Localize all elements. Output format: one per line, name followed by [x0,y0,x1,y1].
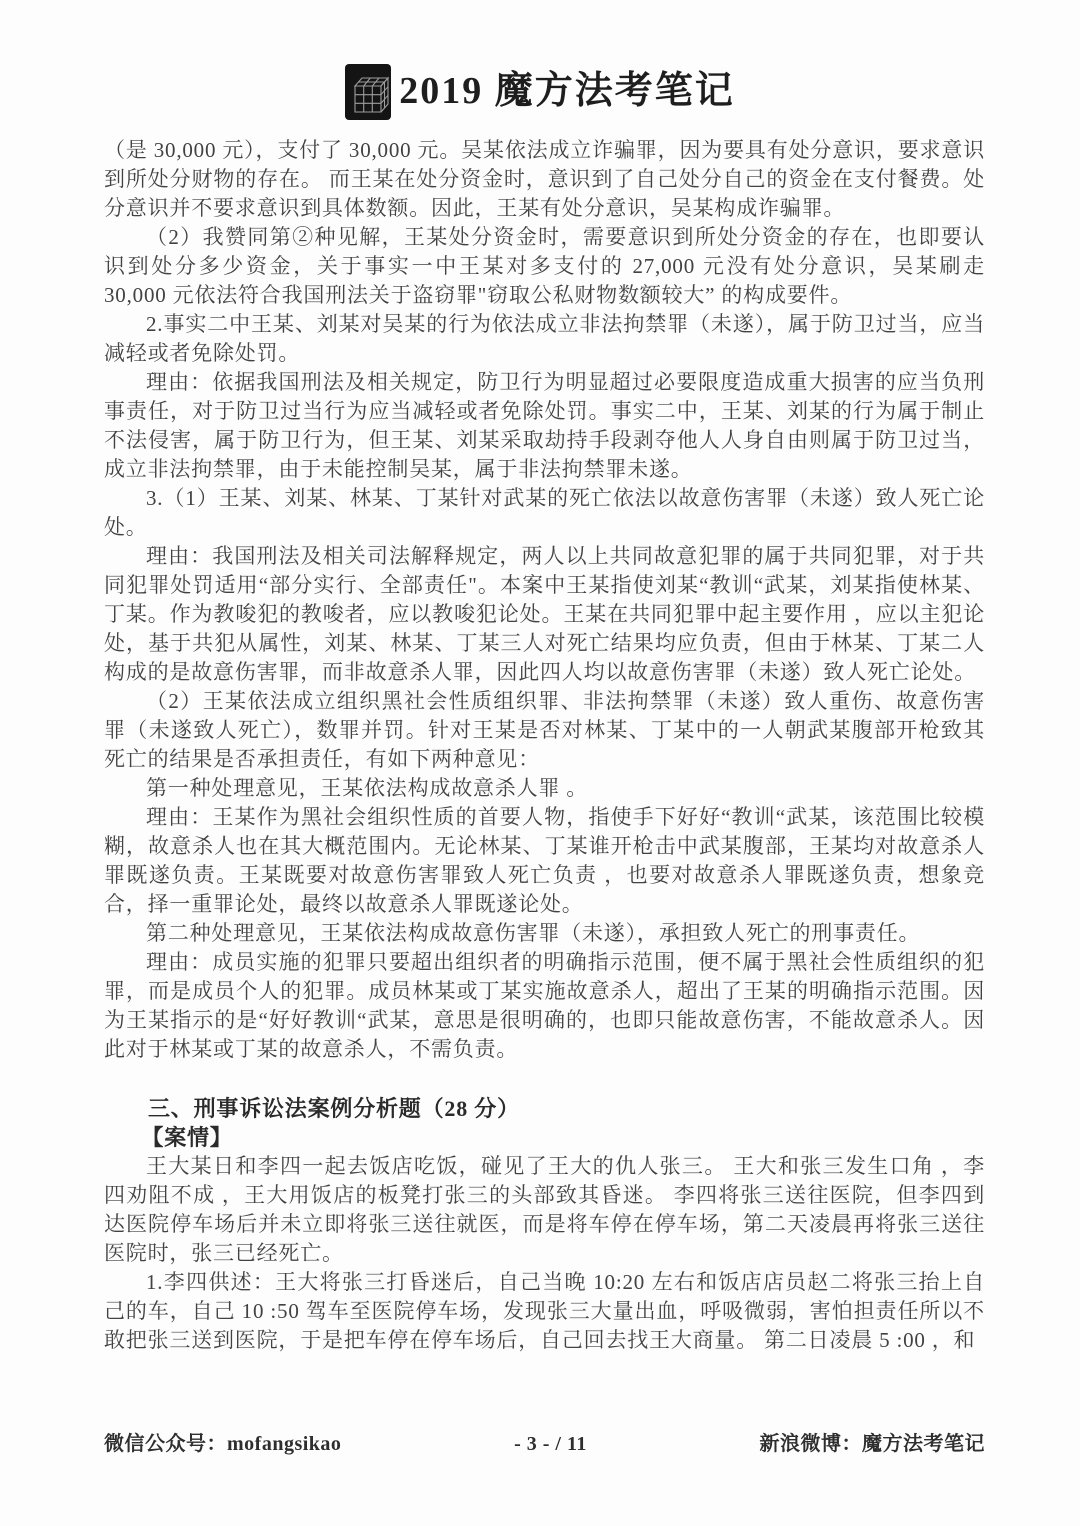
paragraph: 第二种处理意见，王某依法构成故意伤害罪（未遂），承担致人死亡的刑事责任。 [104,919,985,948]
footer-wechat-account: 微信公众号：mofangsikao [104,1427,341,1456]
paragraph: 王大某日和李四一起去饭店吃饭，碰见了王大的仇人张三。 王大和张三发生口角 ，李四… [104,1152,985,1268]
paragraph: 3.（1）王某、刘某、林某、丁某针对武某的死亡依法以故意伤害罪（未遂）致人死亡论… [104,484,985,542]
paragraph: （2）我赞同第②种见解，王某处分资金时，需要意识到所处分资金的存在，也即要认识到… [104,223,985,310]
paragraph: 理由：王某作为黑社会组织性质的首要人物，指使手下好好“教训“武某，该范围比较模糊… [104,803,985,919]
footer-weibo-account: 新浪微博：魔方法考笔记 [760,1427,986,1456]
page-footer: 微信公众号：mofangsikao - 3 - / 11 新浪微博：魔方法考笔记 [104,1427,985,1456]
section-heading: 三、刑事诉讼法案例分析题（28 分） [104,1094,985,1123]
document-header: 2019 魔方法考笔记 [0,0,1080,120]
document-body: （是 30,000 元），支付了 30,000 元。吴某依法成立诈骗罪，因为要具… [104,136,985,1355]
page-title: 2019 魔方法考笔记 [399,69,735,115]
case-facts-heading: 【案情】 [104,1123,985,1152]
paragraph: 理由：依据我国刑法及相关规定，防卫行为明显超过必要限度造成重大损害的应当负刑事责… [104,368,985,484]
paragraph: 1.李四供述：王大将张三打昏迷后，自己当晚 10:20 左右和饭店店员赵二将张三… [104,1268,985,1355]
footer-page-indicator: - 3 - / 11 [514,1433,587,1456]
paragraph: 理由：成员实施的犯罪只要超出组织者的明确指示范围，便不属于黑社会性质组织的犯罪，… [104,948,985,1064]
paragraph: （2）王某依法成立组织黑社会性质组织罪、非法拘禁罪（未遂）致人重伤、故意伤害罪（… [104,687,985,774]
paragraph: （是 30,000 元），支付了 30,000 元。吴某依法成立诈骗罪，因为要具… [104,136,985,223]
paragraph: 理由：我国刑法及相关司法解释规定，两人以上共同故意犯罪的属于共同犯罪，对于共同犯… [104,542,985,687]
paragraph: 2.事实二中王某、刘某对吴某的行为依法成立非法拘禁罪（未遂），属于防卫过当，应当… [104,310,985,368]
rubiks-cube-icon [345,64,391,120]
document-page: 2019 魔方法考笔记 （是 30,000 元），支付了 30,000 元。吴某… [0,0,1080,1526]
paragraph: 第一种处理意见，王某依法构成故意杀人罪 。 [104,774,985,803]
